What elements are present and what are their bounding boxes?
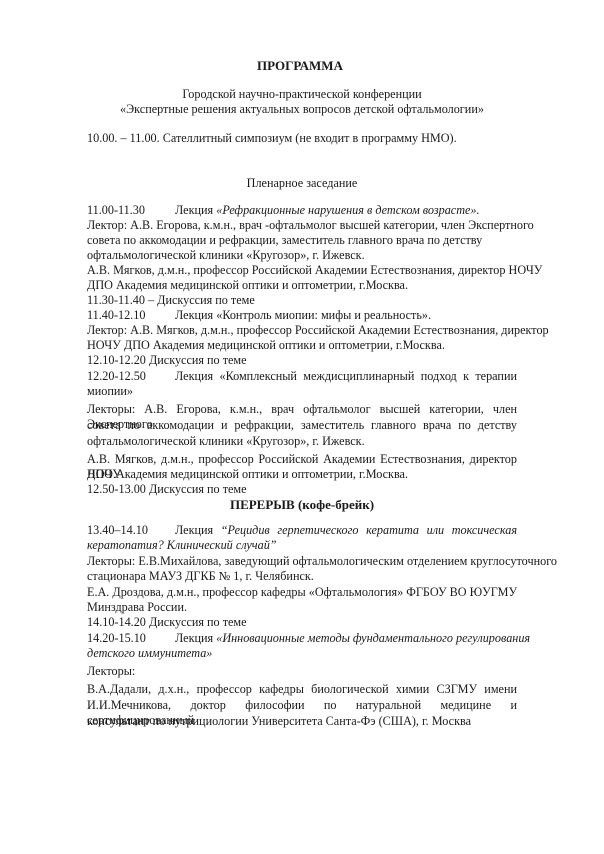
discussion: 11.30-11.40 – Дискуссия по теме [87,293,517,308]
speaker-line: офтальмологической клиники «Кругозор», г… [87,434,517,449]
session-time: 11.40-12.10 [87,308,175,323]
lecture-title-cont: детского иммунитета» [87,646,517,661]
discussion: 12.50-13.00 Дискуссия по теме [87,482,517,497]
speaker-line: консультант по нутрициологии Университет… [87,714,517,729]
speaker-line: совета по аккомодации и рефракции, замес… [87,418,517,433]
discussion: 14.10-14.20 Дискуссия по теме [87,615,517,630]
session-3-header: 12.20-12.50Лекция «Комплексный междисцип… [87,369,517,384]
satellite-symposium: 10.00. – 11.00. Сателлитный симпозиум (н… [87,131,517,146]
speaker-line: Лектор: А.В. Мягков, д.м.н., профессор Р… [87,323,517,338]
speaker-line: Е.А. Дроздова, д.м.н., профессор кафедры… [87,585,517,600]
speaker-line: офтальмологической клиники «Кругозор», г… [87,248,517,263]
lecture-title: Лекция «Комплексный междисциплинарный по… [175,369,517,384]
discussion: 12.10-12.20 Дискуссия по теме [87,353,517,368]
session-time: 12.20-12.50 [87,369,175,384]
lecture-label: Лекция [175,631,216,645]
conference-name: «Экспертные решения актуальных вопросов … [87,102,517,117]
speaker-line: Лектор: А.В. Егорова, к.м.н., врач -офта… [87,218,517,233]
session-2-header: 11.40-12.10Лекция «Контроль миопии: мифы… [87,308,517,323]
speakers-label: Лекторы: [87,664,517,679]
lecture-label: Лекция [175,523,221,537]
session-time: 14.20-15.10 [87,631,175,646]
session-1-header: 11.00-11.30Лекция «Рефракционные нарушен… [87,203,517,218]
lecture-title: «Контроль миопии: мифы и реальность». [216,308,431,322]
lecture-title: «Инновационные методы фундаментального р… [216,631,530,645]
lecture-label: Лекция [175,308,216,322]
speaker-line: ДПО Академия медицинской оптики и оптоме… [87,278,517,293]
speaker-line: Минздрава России. [87,600,517,615]
speaker-line: ДПО Академия медицинской оптики и оптоме… [87,467,517,482]
lecture-title: «Рефракционные нарушения в детском возра… [216,203,479,217]
lecture-title: Лекция “Рецидив герпетического кератита … [175,523,517,538]
plenary-heading: Пленарное заседание [87,176,517,191]
speaker-line: совета по аккомодации и рефракции, замес… [87,233,517,248]
lecture-label: Лекция [175,203,216,217]
page-title: ПРОГРАММА [40,58,560,74]
conference-subtitle: Городской научно-практической конференци… [87,87,517,102]
lecture-title-cont: кератопатия? Клинический случай” [87,538,517,553]
speaker-line: А.В. Мягков, д.м.н., профессор Российско… [87,263,517,278]
coffee-break: ПЕРЕРЫВ (кофе-брейк) [87,497,517,513]
session-time: 11.00-11.30 [87,203,175,218]
speaker-line: НОЧУ ДПО Академия медицинской оптики и о… [87,338,517,353]
session-time: 13.40–14.10 [87,523,175,538]
speaker-line: стационара МАУЗ ДГКБ № 1, г. Челябинск. [87,569,517,584]
speaker-line: В.А.Дадали, д.х.н., профессор кафедры би… [87,682,517,697]
session-4-header: 13.40–14.10Лекция “Рецидив герпетическог… [87,523,517,538]
session-5-header: 14.20-15.10Лекция «Инновационные методы … [87,631,517,646]
speaker-line: Лекторы: Е.В.Михайлова, заведующий офтал… [87,554,517,569]
lecture-title-text: “Рецидив герпетического кератита или ток… [221,523,517,537]
lecture-title-cont: миопии» [87,384,517,399]
